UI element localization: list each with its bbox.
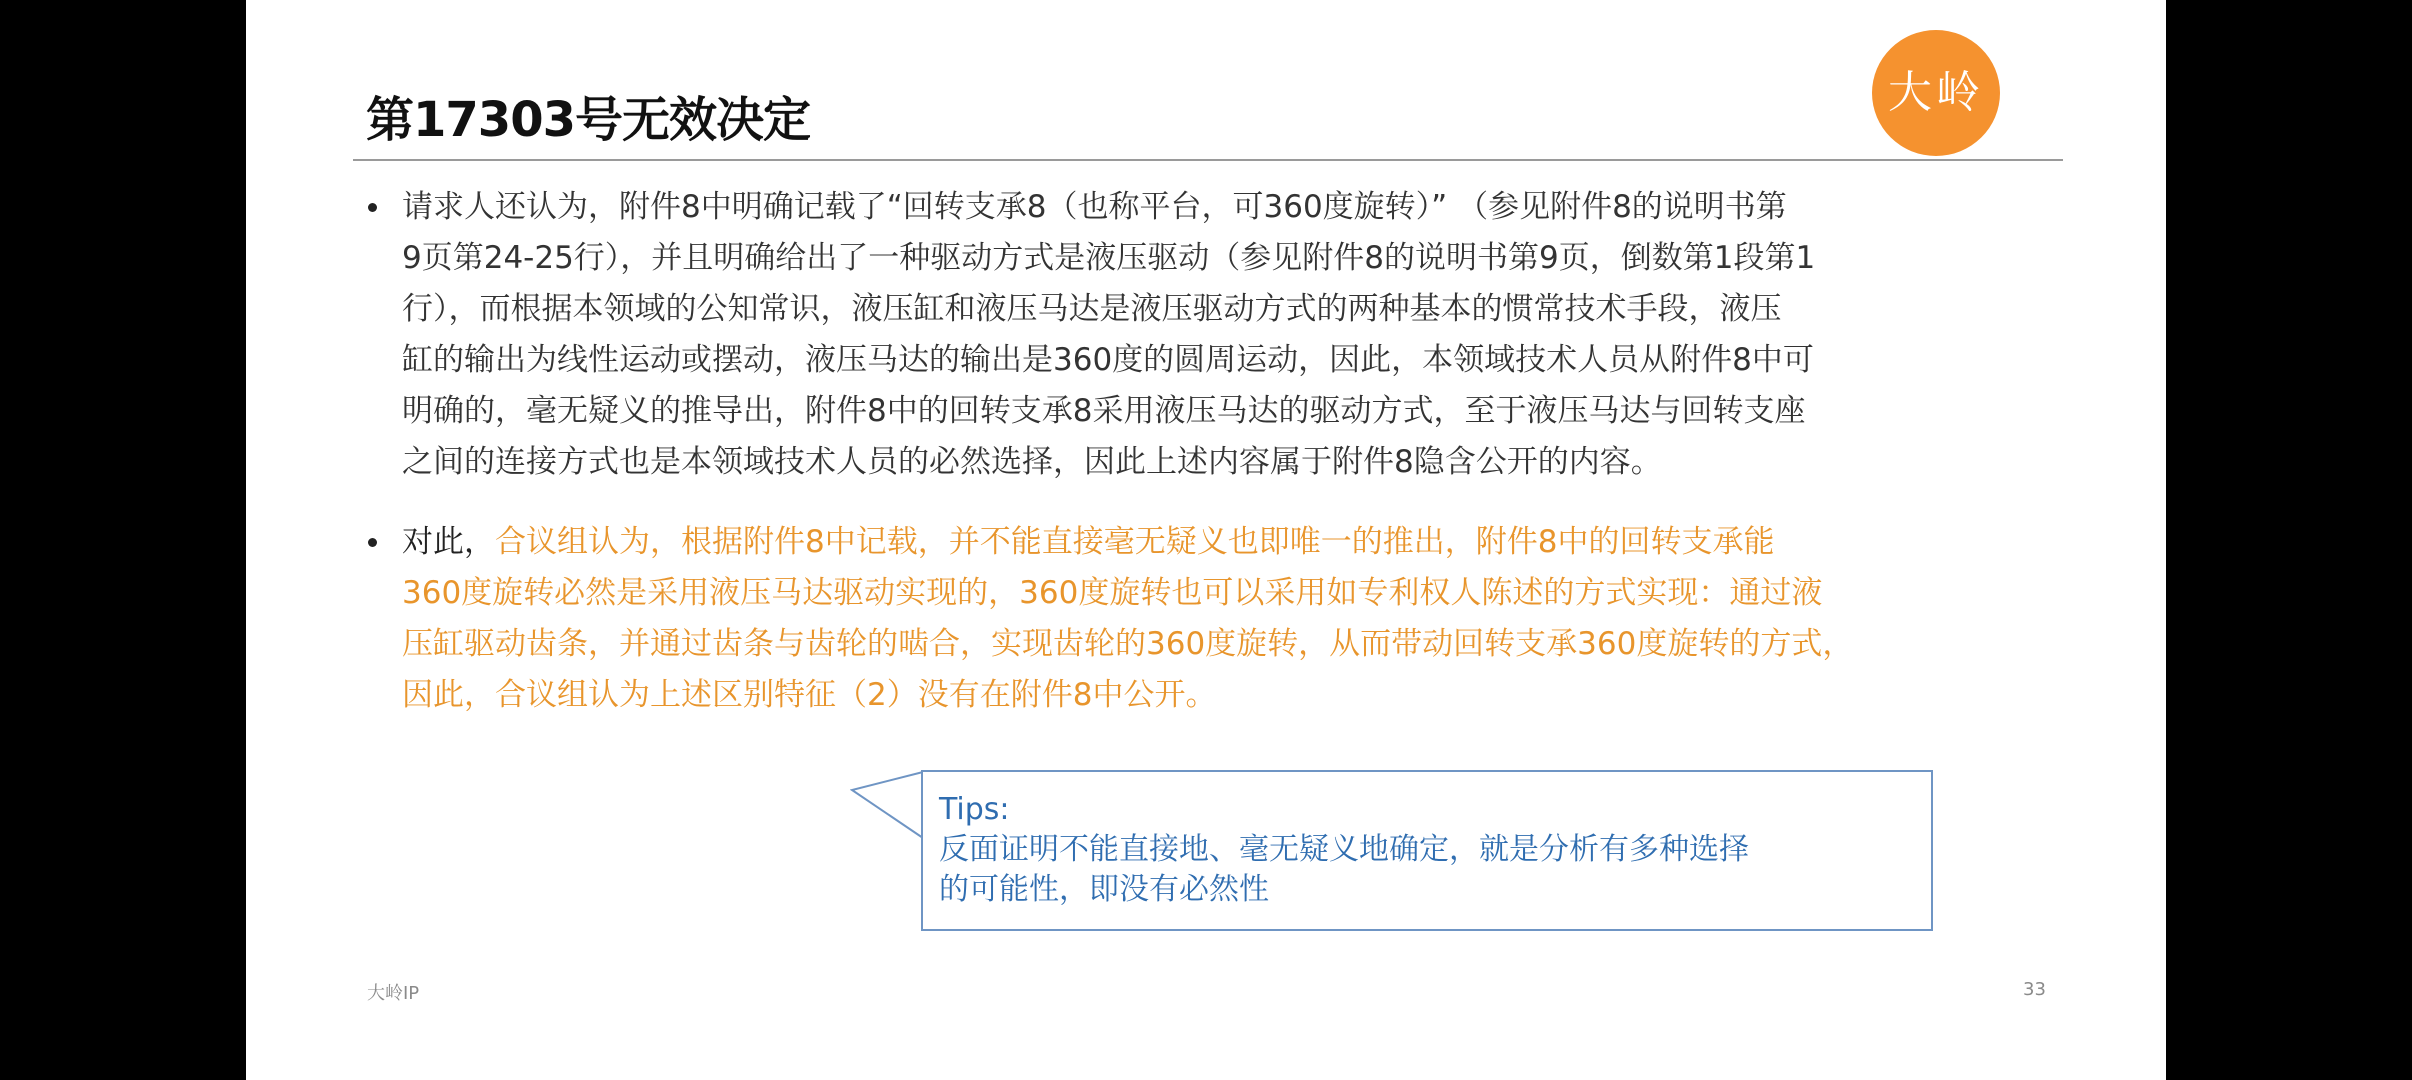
page-number: 33 <box>2023 979 2046 1000</box>
text-line: 行），而根据本领域的公知常识，液压缸和液压马达是液压驱动方式的两种基本的惯常技术… <box>402 284 2064 335</box>
callout-pointer-icon <box>850 768 930 848</box>
text-line: 之间的连接方式也是本领域技术人员的必然选择，因此上述内容属于附件8隐含公开的内容… <box>402 437 2064 488</box>
bullet-item-petitioner-argument: 请求人还认为，附件8中明确记载了“回转支承8（也称平台，可360度旋转）” （参… <box>364 182 2064 488</box>
dalin-logo-icon: 大岭 <box>1872 30 2000 156</box>
text-line: 对此，合议组认为，根据附件8中记载，并不能直接毫无疑义也即唯一的推出，附件8中的… <box>402 517 2064 568</box>
text-line: 请求人还认为，附件8中明确记载了“回转支承8（也称平台，可360度旋转）” （参… <box>402 182 2064 233</box>
bullet-dot-icon <box>368 203 377 212</box>
text-line: 9页第24-25行），并且明确给出了一种驱动方式是液压驱动（参见附件8的说明书第… <box>402 233 2064 284</box>
footer-brand: 大岭IP <box>367 979 419 1005</box>
bullet-item-panel-opinion: 对此，合议组认为，根据附件8中记载，并不能直接毫无疑义也即唯一的推出，附件8中的… <box>364 517 2064 721</box>
tips-callout: Tips: 反面证明不能直接地、毫无疑义地确定，就是分析有多种选择 的可能性，即… <box>921 770 1933 931</box>
tips-line: 反面证明不能直接地、毫无疑义地确定，就是分析有多种选择 <box>939 830 1749 870</box>
lead-text: 对此， <box>402 524 495 560</box>
text-line: 缸的输出为线性运动或摆动，液压马达的输出是360度的圆周运动，因此，本领域技术人… <box>402 335 2064 386</box>
presentation-slide: 第17303号无效决定 大岭 请求人还认为，附件8中明确记载了“回转支承8（也称… <box>246 0 2166 1080</box>
bullet-dot-icon <box>368 538 377 547</box>
bullet-list: 请求人还认为，附件8中明确记载了“回转支承8（也称平台，可360度旋转）” （参… <box>364 182 2064 750</box>
tips-content: Tips: 反面证明不能直接地、毫无疑义地确定，就是分析有多种选择 的可能性，即… <box>939 790 1749 910</box>
slide-title: 第17303号无效决定 <box>366 88 810 152</box>
text-line: 明确的，毫无疑义的推导出，附件8中的回转支承8采用液压马达的驱动方式，至于液压马… <box>402 386 2064 437</box>
highlight-line: 360度旋转必然是采用液压马达驱动实现的，360度旋转也可以采用如专利权人陈述的… <box>402 568 2064 619</box>
highlight-text: 合议组认为，根据附件8中记载，并不能直接毫无疑义也即唯一的推出，附件8中的回转支… <box>495 524 1774 560</box>
title-divider <box>353 159 2063 161</box>
screen: 第17303号无效决定 大岭 请求人还认为，附件8中明确记载了“回转支承8（也称… <box>0 0 2412 1080</box>
highlight-line: 因此，合议组认为上述区别特征（2）没有在附件8中公开。 <box>402 670 2064 721</box>
tips-heading: Tips: <box>939 790 1749 830</box>
highlight-line: 压缸驱动齿条，并通过齿条与齿轮的啮合，实现齿轮的360度旋转，从而带动回转支承3… <box>402 619 2064 670</box>
tips-line: 的可能性，即没有必然性 <box>939 870 1749 910</box>
